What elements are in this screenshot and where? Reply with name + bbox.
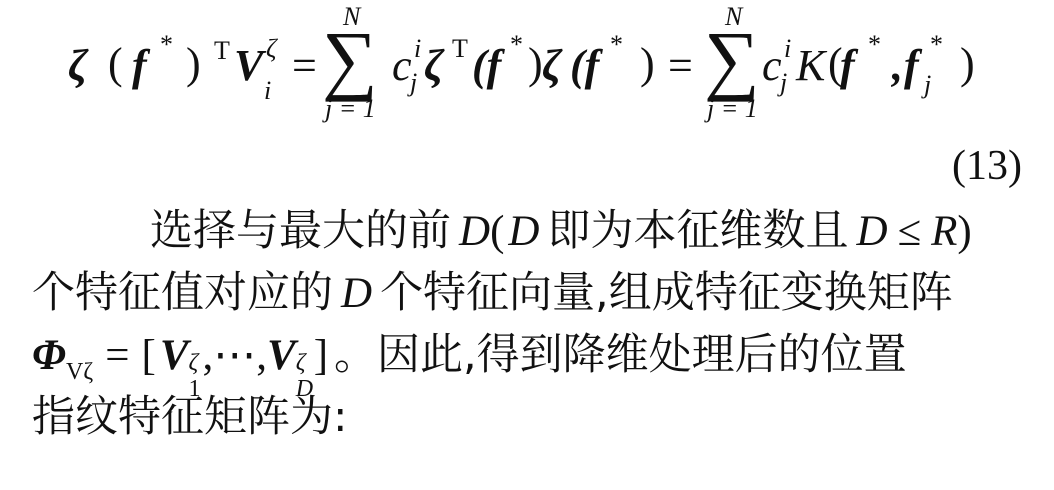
paren-close-3: ) [640,42,655,86]
c-coefficient-2: c [762,44,782,88]
paren-close-2: ) [528,42,543,86]
star-1: * [510,30,523,60]
V-bold: V [234,44,263,88]
paragraph-line-1: 选择与最大的前D(D即为本征维数且D≤R) [150,210,972,253]
V-sup-zeta: ζ [266,34,277,64]
zeta-symbol: ζ [68,44,87,88]
comma: , [892,44,903,88]
paragraph-line-4: 指纹特征矩阵为: [32,396,348,439]
c-coefficient: c [392,44,412,88]
c-sub-j: j [410,68,417,98]
f-bold-3: f [840,44,855,88]
f-sub-j: j [924,70,931,100]
c-sup-i: i [414,34,421,64]
sum1-sigma-icon: ∑ [322,20,378,98]
paragraph-line-3: ΦVζ=[Vζ1,⋯,VζD]。因此,得到降维处理后的位置 [32,334,907,394]
transpose-T-2: T [452,34,468,64]
star-2: * [610,30,623,60]
star-3: * [868,30,881,60]
zeta-symbol-2: ζ [424,44,443,88]
f-arg-2: (f [570,44,599,88]
c2-sup-i: i [784,34,791,64]
paren-open: ( [108,42,123,86]
star-superscript: * [160,30,173,60]
paren-close-K: ) [960,42,975,86]
sum2-lower-limit: j = 1 [707,94,758,124]
paragraph-line-2: 个特征值对应的D个特征向量,组成特征变换矩阵 [32,272,953,315]
equals-1: = [292,44,317,88]
paren-close: ) [186,42,201,86]
c2-sub-j: j [780,68,787,98]
star-4: * [930,30,943,60]
sum1-lower-limit: j = 1 [325,94,376,124]
f-bold: f [132,44,147,88]
zeta-symbol-3: ζ [542,44,561,88]
transpose-T: T [214,36,230,66]
equals-2: = [668,44,693,88]
sum2-sigma-icon: ∑ [704,20,760,98]
equation-number: (13) [952,142,1022,190]
f-arg-1: (f [472,44,501,88]
kernel-K: K [796,44,825,88]
V-sub-i: i [264,76,271,106]
f-bold-4: f [904,44,919,88]
